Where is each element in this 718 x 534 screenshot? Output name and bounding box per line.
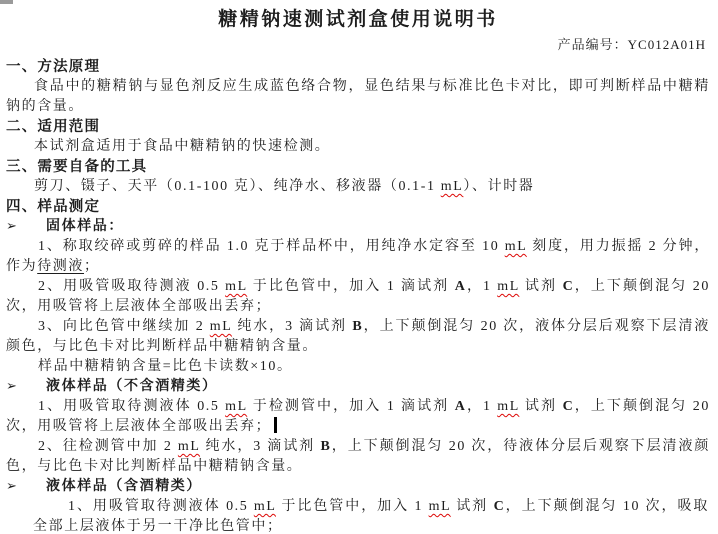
text-run: ）、计时器 — [463, 179, 534, 194]
text-run: 3、向比色管中继续加 2 — [38, 319, 210, 334]
spellcheck-flagged-text: mL — [505, 239, 527, 254]
bullet-heading-liquid-samples-non-alcoholic: ➢液体样品（不含酒精类） — [6, 377, 710, 397]
document-body[interactable]: 一、方法原理食品中的糖精钠与显色剂反应生成蓝色络合物，显色结果与标准比色卡对比，… — [6, 57, 710, 534]
arrow-bullet-icon: ➢ — [6, 477, 46, 497]
text-run: 液体样品（含酒精类） — [46, 479, 202, 494]
paragraph-text: 固体样品： — [46, 217, 124, 237]
spellcheck-flagged-text: mL — [441, 179, 464, 194]
paragraph-text: 一、方法原理 — [6, 59, 100, 75]
text-run: C — [563, 279, 575, 294]
text-run: 试剂 — [519, 279, 562, 294]
paragraph-text: 2、用吸管吸取待测液 0.5 mL 于比色管中，加入 1 滴试剂 A，1 mL … — [6, 279, 710, 314]
spellcheck-flagged-text: mL — [429, 499, 451, 514]
paragraph-application-scope: 本试剂盒适用于食品中糖精钠的快速检测。 — [6, 137, 710, 157]
paragraph-method-principle: 食品中的糖精钠与显色剂反应生成蓝色络合物，显色结果与标准比色卡对比，即可判断样品… — [6, 77, 710, 117]
text-run: 1、用吸管取待测液体 0.5 — [68, 499, 254, 514]
text-run: B — [321, 439, 332, 454]
text-run: 试剂 — [451, 499, 494, 514]
paragraph-text: 三、需要自备的工具 — [6, 159, 147, 175]
paragraph-liquid-step-1: 1、用吸管取待测液体 0.5 mL 于检测管中，加入 1 滴试剂 A，1 mL … — [6, 397, 710, 437]
text-run: ，1 — [467, 399, 498, 414]
text-run: 2、用吸管吸取待测液 0.5 — [38, 279, 225, 294]
spellcheck-flagged-text: mL — [497, 399, 519, 414]
text-run: B — [352, 319, 363, 334]
paragraph-text: 3、向比色管中继续加 2 mL 纯水，3 滴试剂 B，上下颠倒混匀 20 次，液… — [6, 319, 710, 354]
paragraph-text: 样品中糖精钠含量=比色卡读数×10。 — [38, 359, 293, 374]
spellcheck-flagged-text: mL — [178, 439, 200, 454]
text-run: 样品中糖精钠含量=比色卡读数×10。 — [38, 359, 293, 374]
arrow-bullet-icon: ➢ — [6, 217, 46, 237]
text-run: 纯水，3 滴试剂 — [200, 439, 320, 454]
text-run: 于检测管中，加入 1 滴试剂 — [247, 399, 455, 414]
text-run: 于比色管中，加入 1 滴试剂 — [247, 279, 455, 294]
paragraph-solid-step-3: 3、向比色管中继续加 2 mL 纯水，3 滴试剂 B，上下颠倒混匀 20 次，液… — [6, 317, 710, 357]
text-run: A — [455, 279, 467, 294]
paragraph-text: 四、样品测定 — [6, 199, 100, 215]
text-run: 液体样品（不含酒精类） — [46, 379, 218, 394]
section-heading-application-scope: 二、适用范围 — [6, 117, 710, 137]
spellcheck-flagged-text: mL — [225, 399, 247, 414]
text-run: ； — [84, 259, 100, 274]
text-run: A — [455, 399, 467, 414]
text-run: 1、用吸管取待测液体 0.5 — [38, 399, 225, 414]
paragraph-solid-step-1: 1、称取绞碎或剪碎的样品 1.0 克于样品杯中，用纯净水定容至 10 mL 刻度… — [6, 237, 710, 277]
text-run: 试剂 — [519, 399, 562, 414]
spellcheck-flagged-text: mL — [225, 279, 247, 294]
paragraph-text: 1、用吸管取待测液体 0.5 mL 于检测管中，加入 1 滴试剂 A，1 mL … — [6, 399, 710, 434]
arrow-bullet-icon: ➢ — [6, 377, 46, 397]
paragraph-text: 1、称取绞碎或剪碎的样品 1.0 克于样品杯中，用纯净水定容至 10 mL 刻度… — [6, 239, 710, 274]
text-run: ，1 — [467, 279, 498, 294]
paragraph-solid-step-2: 2、用吸管吸取待测液 0.5 mL 于比色管中，加入 1 滴试剂 A，1 mL … — [6, 277, 710, 317]
paragraph-text: 二、适用范围 — [6, 119, 100, 135]
text-run: 一、方法原理 — [6, 59, 100, 75]
text-run: 本试剂盒适用于食品中糖精钠的快速检测。 — [34, 139, 330, 154]
document-page[interactable]: 糖精钠速测试剂盒使用说明书 产品编号：YC012A01H 一、方法原理食品中的糖… — [0, 0, 718, 534]
text-run: 1、称取绞碎或剪碎的样品 1.0 克于样品杯中，用纯净水定容至 10 — [38, 239, 505, 254]
text-run: 纯水，3 滴试剂 — [232, 319, 352, 334]
bullet-heading-liquid-samples-alcoholic: ➢液体样品（含酒精类） — [6, 477, 710, 497]
text-run: 于比色管中，加入 1 — [276, 499, 429, 514]
product-code: 产品编号：YC012A01H — [6, 35, 710, 55]
bullet-heading-solid-samples: ➢固体样品： — [6, 217, 710, 237]
text-run: 固体样品： — [46, 219, 124, 234]
text-run: 食品中的糖精钠与显色剂反应生成蓝色络合物，显色结果与标准比色卡对比，即可判断样品… — [6, 79, 710, 114]
paragraph-text: 液体样品（不含酒精类） — [46, 377, 218, 397]
paragraph-solid-result-formula: 样品中糖精钠含量=比色卡读数×10。 — [6, 357, 710, 377]
paragraph-required-tools: 剪刀、镊子、天平（0.1-100 克）、纯净水、移液器（0.1-1 mL）、计时… — [6, 177, 710, 197]
paragraph-alcoholic-step-1: 1、用吸管取待测液体 0.5 mL 于比色管中，加入 1 mL 试剂 C，上下颠… — [33, 497, 709, 534]
spellcheck-flagged-text: mL — [497, 279, 519, 294]
text-run: 三、需要自备的工具 — [6, 159, 147, 175]
paragraph-text: 食品中的糖精钠与显色剂反应生成蓝色络合物，显色结果与标准比色卡对比，即可判断样品… — [6, 79, 710, 114]
text-run: 剪刀、镊子、天平（0.1-100 克）、纯净水、移液器（0.1-1 — [34, 179, 441, 194]
paragraph-text: 液体样品（含酒精类） — [46, 477, 202, 497]
spellcheck-flagged-text: mL — [210, 319, 232, 334]
section-heading-required-tools: 三、需要自备的工具 — [6, 157, 710, 177]
text-run: 待测液 — [37, 259, 84, 274]
scan-artifact — [0, 0, 13, 4]
text-run: C — [563, 399, 575, 414]
section-heading-method-principle: 一、方法原理 — [6, 57, 710, 77]
paragraph-liquid-step-2: 2、往检测管中加 2 mL 纯水，3 滴试剂 B，上下颠倒混匀 20 次，待液体… — [6, 437, 710, 477]
text-cursor — [274, 417, 277, 433]
paragraph-text: 剪刀、镊子、天平（0.1-100 克）、纯净水、移液器（0.1-1 mL）、计时… — [34, 179, 534, 194]
document-title: 糖精钠速测试剂盒使用说明书 — [6, 5, 710, 35]
paragraph-text: 2、往检测管中加 2 mL 纯水，3 滴试剂 B，上下颠倒混匀 20 次，待液体… — [6, 439, 710, 474]
text-run: 2、往检测管中加 2 — [38, 439, 178, 454]
text-run: 四、样品测定 — [6, 199, 100, 215]
spellcheck-flagged-text: mL — [254, 499, 276, 514]
section-heading-sample-determination: 四、样品测定 — [6, 197, 710, 217]
text-run: C — [494, 499, 506, 514]
text-run: 二、适用范围 — [6, 119, 100, 135]
paragraph-text: 1、用吸管取待测液体 0.5 mL 于比色管中，加入 1 mL 试剂 C，上下颠… — [33, 499, 709, 534]
paragraph-text: 本试剂盒适用于食品中糖精钠的快速检测。 — [34, 139, 330, 154]
